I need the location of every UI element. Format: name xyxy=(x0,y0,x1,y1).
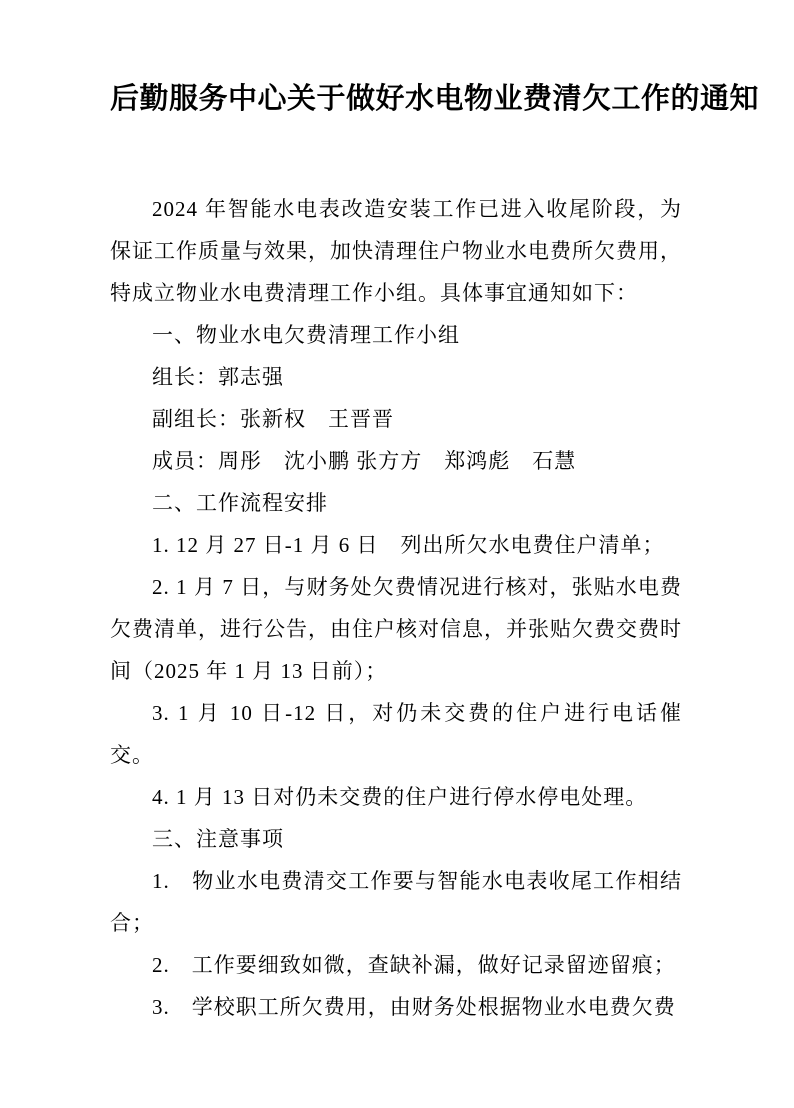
document-page: 后勤服务中心关于做好水电物业费清欠工作的通知 2024 年智能水电表改造安装工作… xyxy=(0,0,794,1108)
document-body: 2024 年智能水电表改造安装工作已进入收尾阶段，为保证工作质量与效果，加快清理… xyxy=(110,188,682,1028)
section-1-heading: 一、物业水电欠费清理工作小组 xyxy=(110,314,682,356)
workflow-item-4: 4. 1 月 13 日对仍未交费的住户进行停水停电处理。 xyxy=(110,776,682,818)
deputy-leader-line: 副组长：张新权 王晋晋 xyxy=(110,398,682,440)
note-item-2: 2. 工作要细致如微，查缺补漏，做好记录留迹留痕； xyxy=(110,944,682,986)
intro-paragraph: 2024 年智能水电表改造安装工作已进入收尾阶段，为保证工作质量与效果，加快清理… xyxy=(110,188,682,314)
workflow-item-3: 3. 1 月 10 日-12 日，对仍未交费的住户进行电话催交。 xyxy=(110,692,682,776)
workflow-item-2: 2. 1 月 7 日，与财务处欠费情况进行核对，张贴水电费欠费清单，进行公告，由… xyxy=(110,566,682,692)
section-2-heading: 二、工作流程安排 xyxy=(110,482,682,524)
section-3-heading: 三、注意事项 xyxy=(110,818,682,860)
note-item-3: 3. 学校职工所欠费用，由财务处根据物业水电费欠费 xyxy=(110,986,682,1028)
document-title: 后勤服务中心关于做好水电物业费清欠工作的通知 xyxy=(110,80,682,118)
group-leader-line: 组长：郭志强 xyxy=(110,356,682,398)
workflow-item-1: 1. 12 月 27 日-1 月 6 日 列出所欠水电费住户清单； xyxy=(110,524,682,566)
members-line: 成员：周彤 沈小鹏 张方方 郑鸿彪 石慧 xyxy=(110,440,682,482)
note-item-1: 1. 物业水电费清交工作要与智能水电表收尾工作相结合； xyxy=(110,860,682,944)
